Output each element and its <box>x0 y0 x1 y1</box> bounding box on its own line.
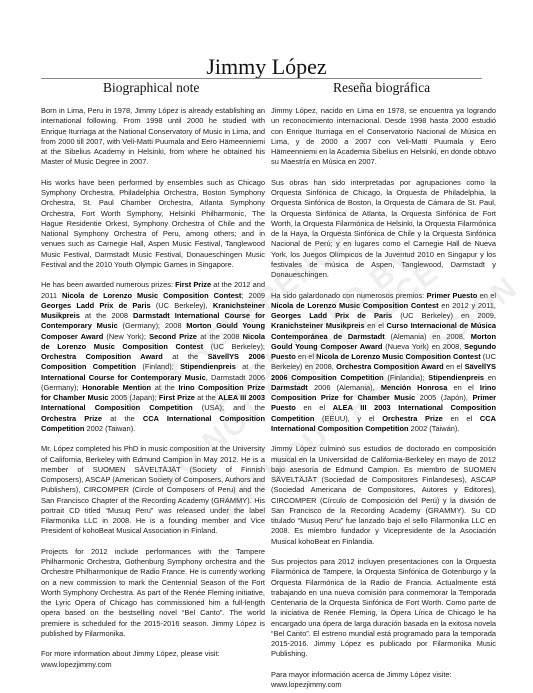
document-page: Jimmy López Biographical note Reseña bio… <box>0 0 533 693</box>
text: Born in Lima, Peru in 1978, Jimmy López … <box>41 106 265 166</box>
bold-text: Stipendienpreis <box>428 373 484 382</box>
text: Sus obras han sido interpretadas por agr… <box>271 178 496 279</box>
bold-text: Nicola de Lorenzo Music Composition Cont… <box>316 352 481 361</box>
bold-text: Georges Ladd Prix de Paris <box>271 311 392 320</box>
spanish-paragraph-4: Jimmy López culminó sus estudios de doct… <box>271 444 496 547</box>
text: Mr. López completed his PhD in music com… <box>41 444 265 535</box>
text: (Germany); 2008 <box>118 321 187 330</box>
text: at the 2008 <box>80 311 133 320</box>
text: (EEUU), y el <box>314 414 382 423</box>
spanish-paragraph-2: Sus obras han sido interpretadas por agr… <box>271 178 496 281</box>
bold-text: First Prize <box>159 393 195 402</box>
text: 2006 (Alemania), <box>308 383 381 392</box>
text: en <box>484 373 496 382</box>
text: en el <box>477 291 496 300</box>
bold-text: Primer Puesto <box>427 291 478 300</box>
bold-text: Nicola de Lorenzo Music Composition Cont… <box>62 291 241 300</box>
bold-text: International Course for Contemporary Mu… <box>41 373 206 382</box>
english-paragraph-2: His works have been performed by ensembl… <box>41 178 265 270</box>
text: 2005 (Japón), <box>415 393 472 402</box>
bold-text: Darmstadt <box>271 383 308 392</box>
english-paragraph-3: He has been awarded numerous prizes: Fir… <box>41 280 265 434</box>
spanish-paragraph-5: Sus projectos para 2012 incluyen present… <box>271 557 496 660</box>
text: en el <box>447 383 480 392</box>
text: en el <box>365 321 387 330</box>
bold-text: Mención Honrosa <box>381 383 448 392</box>
text: at the <box>236 362 265 371</box>
spanish-more-info: Para mayor información acerca de Jimmy L… <box>271 670 496 691</box>
text: at the <box>195 393 218 402</box>
text: 2005 (Japan); <box>109 393 159 402</box>
text: at the <box>163 352 208 361</box>
text: (UC Berkeley) en 2009, <box>392 311 496 320</box>
bold-text: Kranichsteiner Musikpreis <box>271 321 365 330</box>
text: (Alemania) en 2008, <box>385 332 471 341</box>
text: ; 2009 <box>241 291 265 300</box>
bold-text: Nicola de Lorenzo Music Composition Cont… <box>271 301 439 310</box>
text: at the <box>151 383 178 392</box>
bold-text: Orchestra Composition Award <box>336 362 443 371</box>
bold-text: Stipendienpreis <box>180 362 236 371</box>
text: (Finlandia); <box>384 373 429 382</box>
bold-text: Orchestra Prize <box>382 414 443 423</box>
text: 2002 (Taiwan). <box>84 424 135 433</box>
text: en el <box>296 352 316 361</box>
text: 2002 (Taiwán). <box>409 424 460 433</box>
text: en 2012 y 2011, <box>439 301 496 310</box>
english-paragraph-5: Projects for 2012 include performances w… <box>41 547 265 639</box>
text: at the 2008 <box>197 332 243 341</box>
text: He has been awarded numerous prizes: <box>41 280 175 289</box>
spanish-column: Jimmy López, nacido en Lima en 1978, se … <box>271 106 496 693</box>
text: Projects for 2012 include performances w… <box>41 547 265 638</box>
english-paragraph-4: Mr. López completed his PhD in music com… <box>41 444 265 536</box>
bold-text: Orchestra Composition Award <box>41 352 163 361</box>
text: (Nueva York) en 2008, <box>382 342 464 351</box>
english-heading: Biographical note <box>103 80 199 96</box>
bold-text: Orchestra Prize <box>41 414 102 423</box>
title-divider <box>41 78 482 79</box>
text: at the <box>102 414 143 423</box>
text: His works have been performed by ensembl… <box>41 178 265 269</box>
english-paragraph-1: Born in Lima, Peru in 1978, Jimmy López … <box>41 106 265 168</box>
text: (UC Berkeley); <box>203 342 265 351</box>
text: (Finland); <box>136 362 180 371</box>
text: (UC Berkeley), <box>151 301 213 310</box>
bold-text: Georges Ladd Prix de Paris <box>41 301 151 310</box>
text: en el <box>443 414 480 423</box>
english-more-info-text: For more information about Jimmy López, … <box>41 649 220 658</box>
text: (New York); <box>103 332 149 341</box>
spanish-paragraph-1: Jimmy López, nacido en Lima en 1978, se … <box>271 106 496 168</box>
text: Sus projectos para 2012 incluyen present… <box>271 557 496 658</box>
spanish-more-info-text: Para mayor información acerca de Jimmy L… <box>271 670 452 679</box>
text: en el <box>296 403 333 412</box>
english-column: Born in Lima, Peru in 1978, Jimmy López … <box>41 106 265 680</box>
english-website-link[interactable]: www.lopezjimmy.com <box>41 660 265 670</box>
bold-text: Honorable Mention <box>82 383 151 392</box>
text: Jimmy López, nacido en Lima en 1978, se … <box>271 106 496 166</box>
text: Ha sido galardonado con numerosos premio… <box>271 291 427 300</box>
page-title: Jimmy López <box>0 55 533 79</box>
spanish-paragraph-3: Ha sido galardonado con numerosos premio… <box>271 291 496 435</box>
bold-text: Second Prize <box>149 332 197 341</box>
bold-text: First Prize <box>175 280 211 289</box>
english-more-info: For more information about Jimmy López, … <box>41 649 265 670</box>
spanish-website-link[interactable]: www.lopezjimmy.com <box>271 680 496 690</box>
text: (USA); and the <box>193 403 265 412</box>
text: Jimmy López culminó sus estudios de doct… <box>271 444 496 545</box>
spanish-heading: Reseña biográfica <box>333 80 430 96</box>
text: en el <box>444 362 465 371</box>
